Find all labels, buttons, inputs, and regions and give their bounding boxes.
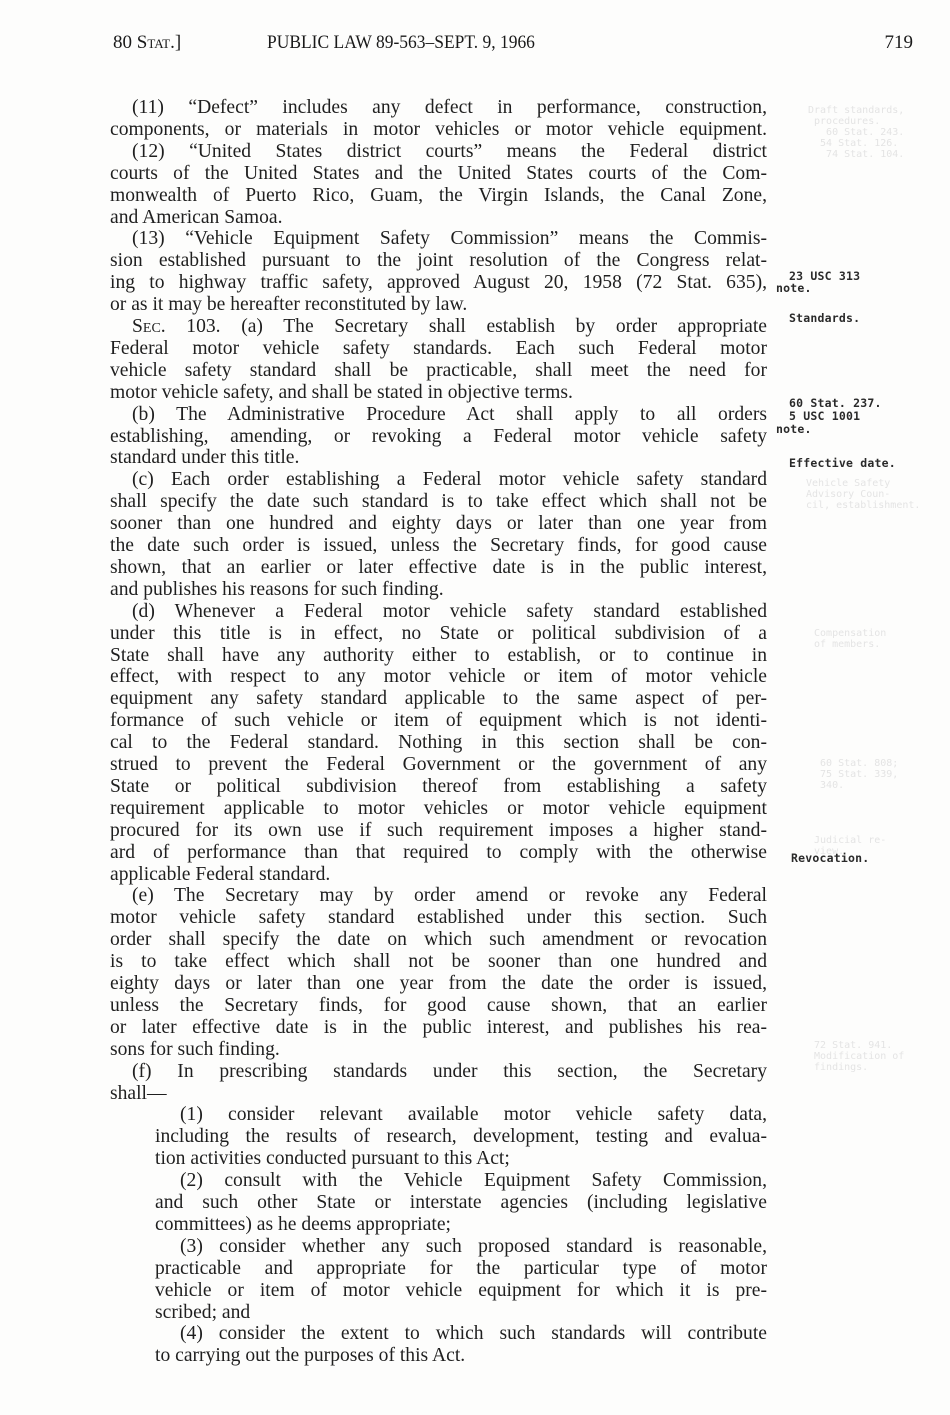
page-title: PUBLIC LAW 89-563–SEPT. 9, 1966 [267, 32, 535, 54]
margin-note: Revocation. [791, 852, 869, 864]
text-line: including the results of research, devel… [155, 1126, 767, 1148]
text-line: and such other State or interstate agenc… [155, 1192, 767, 1214]
page-number: 719 [885, 32, 914, 54]
text-line: is to take effect which shall not be soo… [110, 951, 767, 973]
text-line: State or political subdivision thereof f… [110, 776, 767, 798]
text-line: (d) Whenever a Federal motor vehicle saf… [132, 601, 767, 623]
text-line: motor vehicle safety, and shall be state… [110, 382, 767, 404]
text-line: ard of performance than that required to… [110, 842, 767, 864]
text-line: (4) consider the extent to which such st… [180, 1323, 767, 1345]
text-line: Sec. 103. (a) The Secretary shall establ… [132, 316, 767, 338]
text-line: sons for such finding. [110, 1039, 767, 1061]
text-line: (12) “United States district courts” mea… [132, 141, 767, 163]
text-line: components, or materials in motor vehicl… [110, 119, 767, 141]
statute-volume: 80 Stat.] [113, 32, 181, 54]
text-line: (f) In prescribing standards under this … [132, 1061, 767, 1083]
text-line: to carrying out the purposes of this Act… [155, 1345, 767, 1367]
text-line: tion activities conducted pursuant to th… [155, 1148, 767, 1170]
text-line: (3) consider whether any such proposed s… [180, 1236, 767, 1258]
text-line: committees) as he deems appropriate; [155, 1214, 767, 1236]
margin-note: Effective date. [789, 457, 896, 469]
text-line: (13) “Vehicle Equipment Safety Commissio… [132, 228, 767, 250]
text-line: applicable Federal standard. [110, 864, 767, 886]
text-line: the date such order is issued, unless th… [110, 535, 767, 557]
text-line: shall specify the date such standard is … [110, 491, 767, 513]
bleed-through-text: Compensation of members. [808, 628, 886, 650]
margin-note: 60 Stat. 237. [789, 397, 882, 409]
text-line: formance of such vehicle or item of equi… [110, 710, 767, 732]
margin-note: note. [776, 282, 812, 294]
text-line: requirement applicable to motor vehicles… [110, 798, 767, 820]
text-line: under this title is in effect, no State … [110, 623, 767, 645]
running-header: 80 Stat.] PUBLIC LAW 89-563–SEPT. 9, 196… [113, 32, 913, 56]
margin-note: Standards. [789, 312, 860, 324]
text-line: or as it may be hereafter reconstituted … [110, 294, 767, 316]
text-line: monwealth of Puerto Rico, Guam, the Virg… [110, 185, 767, 207]
bleed-through-text: 60 Stat. 808; 75 Stat. 339, 340. [808, 758, 898, 791]
text-line: (2) consult with the Vehicle Equipment S… [180, 1170, 767, 1192]
text-line: State shall have any authority either to… [110, 645, 767, 667]
text-line: order shall specify the date on which su… [110, 929, 767, 951]
text-line: and publishes his reasons for such findi… [110, 579, 767, 601]
text-line: courts of the United States and the Unit… [110, 163, 767, 185]
text-line: shown, that an earlier or later effectiv… [110, 557, 767, 579]
text-line: and American Samoa. [110, 207, 767, 229]
bleed-through-text: 72 Stat. 941. Modification of findings. [808, 1040, 904, 1073]
text-line: (11) “Defect” includes any defect in per… [132, 97, 767, 119]
text-line: motor vehicle safety standard establishe… [110, 907, 767, 929]
text-line: sooner than one hundred and eighty days … [110, 513, 767, 535]
text-line: Federal motor vehicle safety standards. … [110, 338, 767, 360]
text-line: effect, with respect to any motor vehicl… [110, 666, 767, 688]
text-line: practicable and appropriate for the part… [155, 1258, 767, 1280]
section-label: Sec. [132, 316, 166, 337]
text-line: vehicle or item of motor vehicle equipme… [155, 1280, 767, 1302]
text-line: sion established pursuant to the joint r… [110, 250, 767, 272]
text-line: (b) The Administrative Procedure Act sha… [132, 404, 767, 426]
text-line: vehicle safety standard shall be practic… [110, 360, 767, 382]
text-line: eighty days or later than one year from … [110, 973, 767, 995]
text-line: cal to the Federal standard. Nothing in … [110, 732, 767, 754]
text-line: shall— [110, 1083, 767, 1105]
text-line: equipment any safety standard applicable… [110, 688, 767, 710]
text-line: strued to prevent the Federal Government… [110, 754, 767, 776]
bleed-through-text: Draft standards, procedures. 60 Stat. 24… [808, 105, 904, 160]
text-line: standard under this title. [110, 447, 767, 469]
text-line: establishing, amending, or revoking a Fe… [110, 426, 767, 448]
margin-note: 5 USC 1001 [789, 410, 860, 422]
bleed-through-text: Vehicle Safety Advisory Coun- cil, estab… [800, 478, 920, 511]
text-line: (e) The Secretary may by order amend or … [132, 885, 767, 907]
margin-note: note. [776, 423, 812, 435]
text-line: ing to highway traffic safety, approved … [110, 272, 767, 294]
text-line: unless the Secretary finds, for good cau… [110, 995, 767, 1017]
text-line: or later effective date is in the public… [110, 1017, 767, 1039]
text-line: scribed; and [155, 1302, 767, 1324]
text-line: (c) Each order establishing a Federal mo… [132, 469, 767, 491]
text-line: (1) consider relevant available motor ve… [180, 1104, 767, 1126]
text-line: procured for its own use if such require… [110, 820, 767, 842]
